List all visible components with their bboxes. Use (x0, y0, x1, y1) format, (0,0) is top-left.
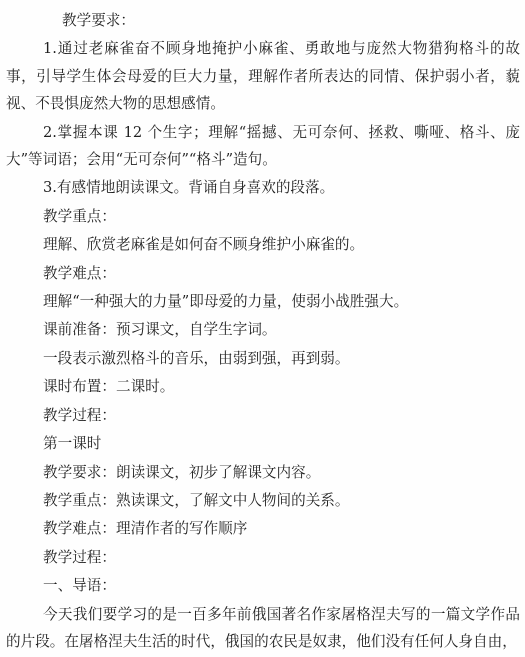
paragraph: 教学要求： (6, 7, 520, 34)
paragraph: 一、导语： (6, 572, 520, 599)
paragraph: 教学难点：理清作者的写作顺序 (6, 515, 520, 542)
paragraph: 教学过程： (6, 544, 520, 571)
paragraph: 一段表示激烈格斗的音乐，由弱到强，再到弱。 (6, 345, 520, 372)
paragraph: 理解、欣赏老麻雀是如何奋不顾身维护小麻雀的。 (6, 231, 520, 258)
paragraph: 今天我们要学习的是一百多年前俄国著名作家屠格涅夫写的一篇文学作品的片段。在屠格涅… (6, 601, 520, 656)
paragraph: 3.有感情地朗读课文。背诵自身喜欢的段落。 (6, 174, 520, 201)
paragraph: 教学重点：熟读课文，了解文中人物间的关系。 (6, 487, 520, 514)
paragraph: 课前准备：预习课文，自学生字词。 (6, 316, 520, 343)
paragraph: 教学要求：朗读课文，初步了解课文内容。 (6, 459, 520, 486)
document-content: 教学要求：1.通过老麻雀奋不顾身地掩护小麻雀、勇敢地与庞然大物猎狗格斗的故事，引… (6, 7, 520, 655)
paragraph: 课时布置：二课时。 (6, 373, 520, 400)
paragraph: 教学过程： (6, 402, 520, 429)
paragraph: 教学难点： (6, 260, 520, 287)
paragraph: 教学重点： (6, 203, 520, 230)
document-page: 教学要求：1.通过老麻雀奋不顾身地掩护小麻雀、勇敢地与庞然大物猎狗格斗的故事，引… (0, 0, 525, 657)
paragraph: 2.掌握本课 12 个生字；理解“摇撼、无可奈何、拯救、嘶哑、格斗、庞大”等词语… (6, 119, 520, 174)
paragraph: 1.通过老麻雀奋不顾身地掩护小麻雀、勇敢地与庞然大物猎狗格斗的故事，引导学生体会… (6, 35, 520, 117)
paragraph: 理解“一种强大的力量”即母爱的力量，使弱小战胜强大。 (6, 288, 520, 315)
paragraph: 第一课时 (6, 430, 520, 457)
